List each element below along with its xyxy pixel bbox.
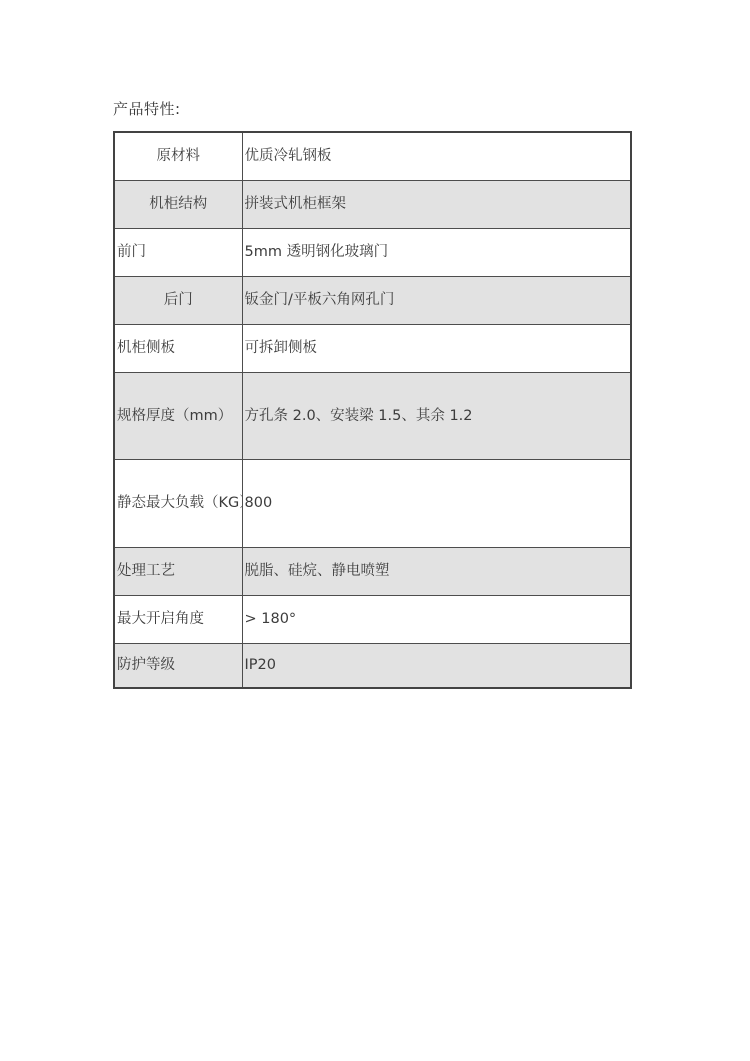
table-row: 机柜结构 拼装式机柜框架 [114, 180, 631, 228]
spec-label: 前门 [114, 228, 242, 276]
page-title: 产品特性: [113, 99, 181, 119]
table-row: 原材料 优质冷轧钢板 [114, 132, 631, 180]
spec-label: 最大开启角度 [114, 595, 242, 643]
spec-value: IP20 [242, 643, 631, 688]
spec-value: 优质冷轧钢板 [242, 132, 631, 180]
spec-label: 静态最大负载（KG） [114, 459, 242, 547]
spec-label: 防护等级 [114, 643, 242, 688]
table-row: 处理工艺 脱脂、硅烷、静电喷塑 [114, 547, 631, 595]
table-row: 规格厚度（mm） 方孔条 2.0、安装梁 1.5、其余 1.2 [114, 372, 631, 459]
product-features-table: 原材料 优质冷轧钢板 机柜结构 拼装式机柜框架 前门 5mm 透明钢化玻璃门 后… [113, 131, 632, 689]
spec-value: 方孔条 2.0、安装梁 1.5、其余 1.2 [242, 372, 631, 459]
table-row: 后门 钣金门/平板六角网孔门 [114, 276, 631, 324]
table-row: 最大开启角度 > 180° [114, 595, 631, 643]
spec-value: > 180° [242, 595, 631, 643]
table-row: 防护等级 IP20 [114, 643, 631, 688]
spec-label: 原材料 [114, 132, 242, 180]
spec-label: 机柜结构 [114, 180, 242, 228]
spec-value: 800 [242, 459, 631, 547]
table-row: 静态最大负载（KG） 800 [114, 459, 631, 547]
spec-label: 机柜侧板 [114, 324, 242, 372]
spec-label: 后门 [114, 276, 242, 324]
spec-value: 5mm 透明钢化玻璃门 [242, 228, 631, 276]
document-page: 产品特性: 原材料 优质冷轧钢板 机柜结构 拼装式机柜框架 前门 5mm 透明钢… [0, 0, 750, 1061]
spec-value: 钣金门/平板六角网孔门 [242, 276, 631, 324]
spec-value: 拼装式机柜框架 [242, 180, 631, 228]
table-row: 机柜侧板 可拆卸侧板 [114, 324, 631, 372]
spec-value: 可拆卸侧板 [242, 324, 631, 372]
table-row: 前门 5mm 透明钢化玻璃门 [114, 228, 631, 276]
spec-value: 脱脂、硅烷、静电喷塑 [242, 547, 631, 595]
spec-label: 规格厚度（mm） [114, 372, 242, 459]
spec-label: 处理工艺 [114, 547, 242, 595]
